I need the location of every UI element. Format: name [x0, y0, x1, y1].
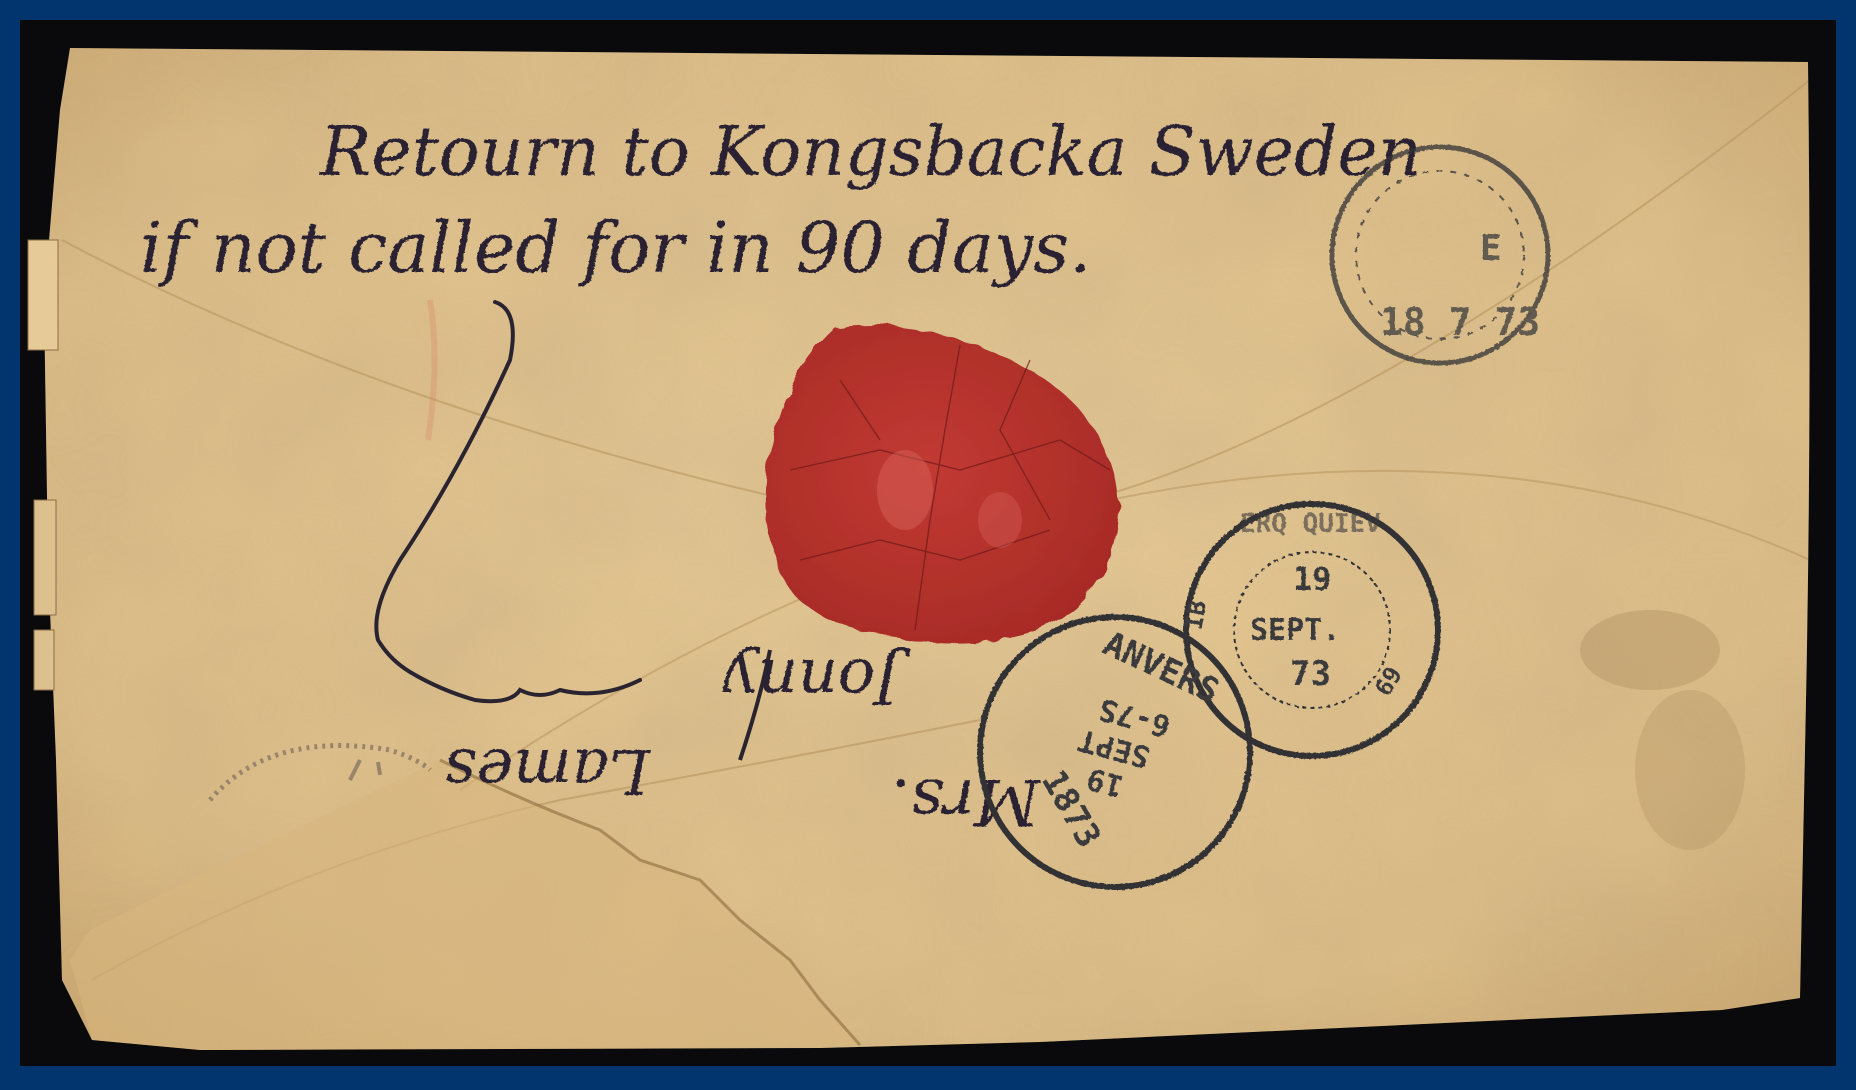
- inverted-handwriting-line-1: Mrs.: [891, 764, 1041, 838]
- postmark-upper-right-fragment: E: [1480, 228, 1502, 269]
- postmark-day: 19: [1293, 560, 1332, 598]
- postmark-upper-right-date: 18 7 73: [1380, 300, 1540, 344]
- postmark-side-fragment: IB: [1180, 598, 1213, 631]
- postmark-arc-text: ERQ QUIEV: [1240, 509, 1381, 539]
- postmark-year: 73: [1290, 654, 1331, 694]
- postmark-month: SEPT.: [1250, 613, 1340, 648]
- handwriting-line-2: if not called for in 90 days.: [140, 207, 1091, 289]
- inverted-handwriting-line-3: Jonny: [722, 645, 911, 718]
- envelope-photo: Retourn to Kongsbacka Sweden if not call…: [0, 0, 1856, 1090]
- handwriting-line-1: Retourn to Kongsbacka Sweden: [318, 113, 1422, 192]
- inverted-handwriting-line-2: Lames: [445, 735, 651, 808]
